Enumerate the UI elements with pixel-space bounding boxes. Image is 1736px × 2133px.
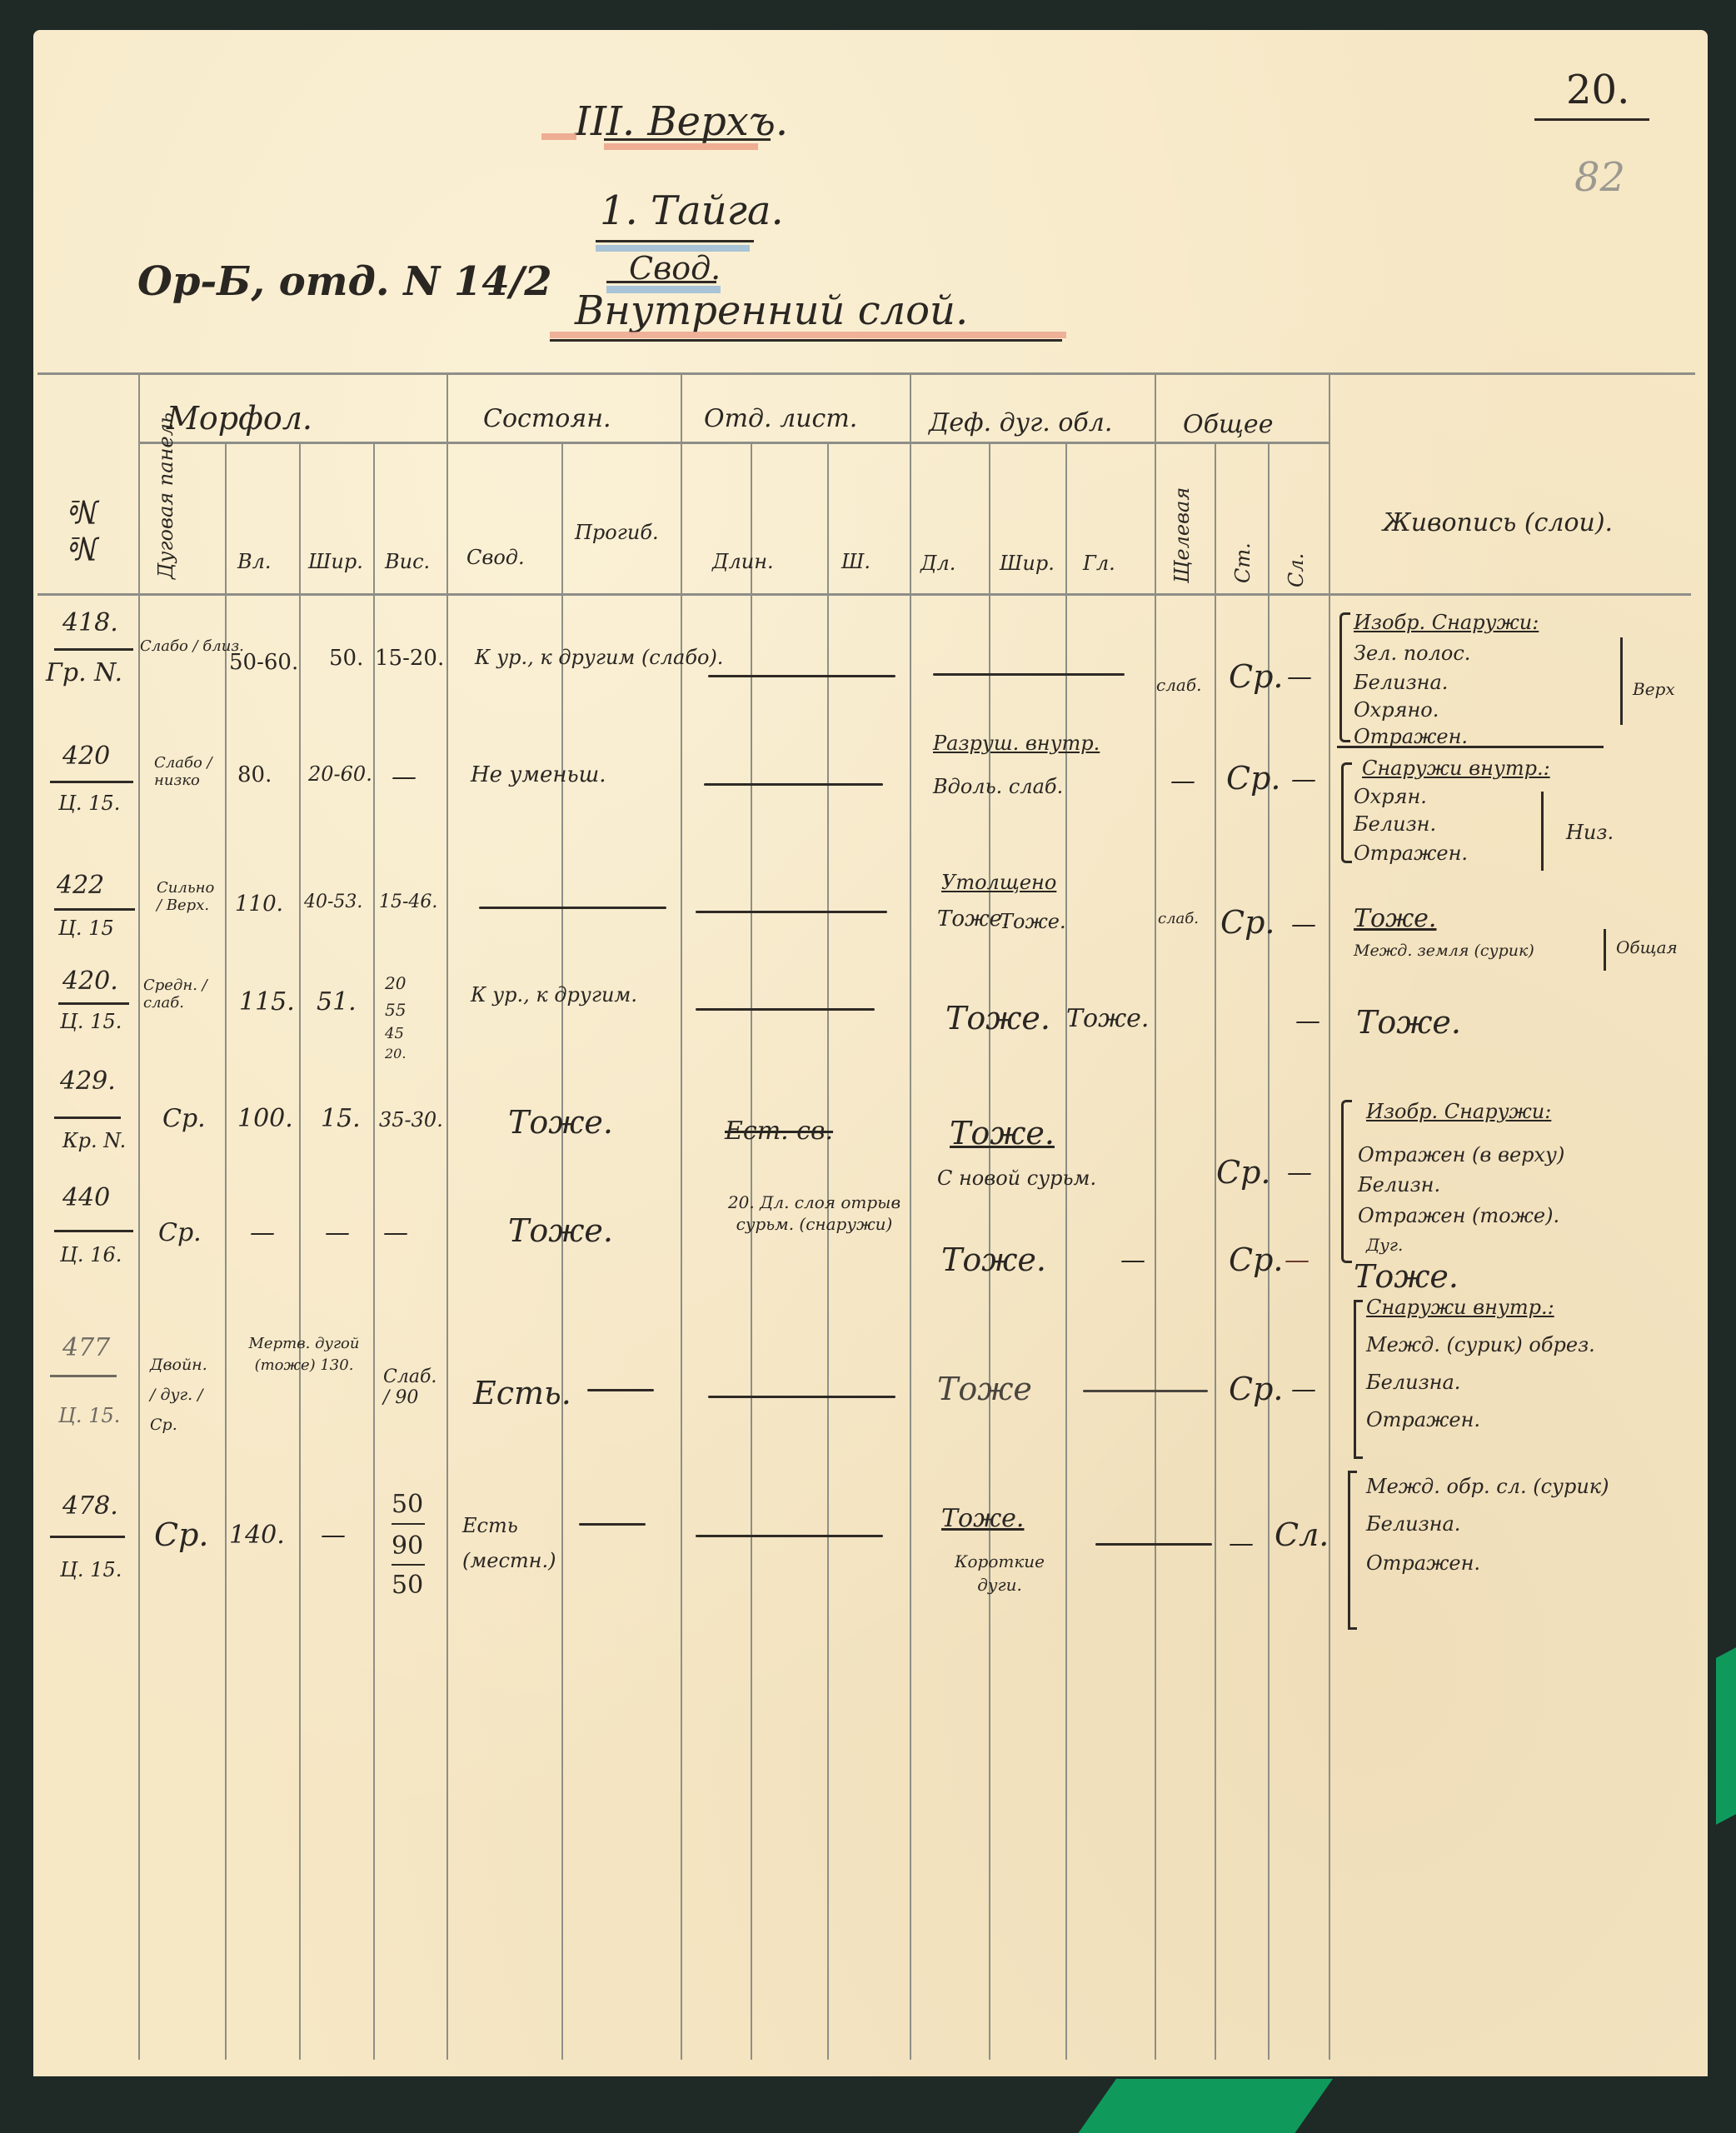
row-478-note-1: Белизна. [1366,1512,1460,1536]
row-478-d1: 90 [392,1531,423,1561]
row-420-det-dash [704,783,883,786]
row-429-st: Ср. [1216,1154,1270,1191]
col-line-10 [910,372,911,2060]
row-420b-loc: Ц. 15. [60,1010,122,1033]
row-440-defo2: — [1120,1246,1145,1275]
row-422-det-dash [696,911,887,913]
row-478-d0: 50 [392,1490,423,1519]
row-420-note-0: Снаружи внутр.: [1362,757,1550,780]
row-429-loc: Кр. N. [62,1129,126,1152]
row-477-det-dash [708,1396,895,1398]
row-440-sl: — [1285,1246,1309,1275]
row-440-cat: Ср. [158,1218,202,1247]
row-420-vert: — [1170,767,1195,796]
row-477-note-3: Отражен. [1366,1408,1480,1431]
row-429-note-4: Дуг. [1366,1235,1403,1255]
layer-title: Внутренний слой. [575,287,968,334]
row-420-note-2: Белизн. [1354,812,1436,836]
row-478-d-line2 [392,1564,425,1566]
row-420b-h: 115. [239,987,295,1017]
row-478-w: — [321,1521,346,1550]
subsection-title: 1. Тайга. [600,187,784,234]
row-420-defo-top: Разруш. внутр. [933,732,1100,755]
subheader-sl: Сл. [1285,537,1308,587]
subheader-category: Дуговая панель [154,454,177,579]
row-478-note-0: Межд. обр. сл. (сурик) [1366,1475,1609,1498]
row-477-defo: Тоже [937,1371,1032,1407]
section-underline-ink [604,138,771,141]
row-429-cat: Ср. [162,1104,206,1133]
row-429-cond: Тоже. [508,1104,613,1141]
row-420b-det-dash [696,1008,875,1011]
row-418-vert: слаб. [1156,675,1201,695]
row-422-d: 15-46. [379,892,437,912]
row-440-h: — [250,1218,275,1247]
background-green-stripe [1716,1631,1736,1825]
row-440-num: 440 [62,1183,110,1212]
row-440-num-line [54,1230,133,1232]
section-underline-red [604,143,758,150]
row-478-note-2: Отражен. [1366,1551,1480,1575]
row-420-loc: Ц. 15. [58,792,120,815]
row-429-num-line [54,1116,121,1119]
row-429-det: Ест. св. [725,1116,833,1146]
row-418-note-1: Зел. полос. [1354,642,1470,665]
background-green-stripe-bottom [1075,2079,1333,2133]
row-429-sl: — [1287,1158,1312,1187]
row-420-note-1: Охрян. [1354,785,1427,808]
row-420-note-3: Отражен. [1354,842,1468,865]
row-477-cat: Двойн. / дуг. / Ср. [150,1350,217,1440]
row-422-note-0: Тоже. [1354,904,1436,933]
row-422-num: 422 [57,871,104,900]
row-420-sl: — [1291,765,1316,794]
row-429-h: 100. [237,1104,293,1133]
col-line-3 [299,442,301,2060]
row-418-num-line [54,648,133,651]
col-line-13 [1155,372,1156,2060]
subheader-def-w: Шир. [1000,552,1055,575]
col-line-6 [561,442,563,2060]
row-420-cat: Слабо / низко [154,754,221,789]
row-422-h: 110. [235,892,283,917]
row-429-defo: Тоже. [950,1115,1055,1151]
row-420-side-note: Низ. [1566,821,1614,844]
row-422-defo-top: Утолщено [941,871,1056,894]
row-420b-cat: Средн. / слаб. [143,977,218,1012]
row-420b-w: 51. [317,987,357,1017]
row-418-sl: — [1287,662,1312,692]
subheader-w: Ш. [841,550,870,573]
row-420b-d1: 55 [385,1000,406,1020]
row-418-note-3: Охряно. [1354,698,1439,722]
row-429-defo-sub: С новой сурьм. [937,1166,1096,1190]
subheader-st: Ст. [1231,533,1255,583]
archive-reference: Ор-Б, отд. N 14/2 [137,258,552,305]
subheader-painting: Живопись (слои). [1383,508,1613,537]
row-477-d: Слаб. / 90 [383,1366,446,1408]
table-top-line [37,372,1695,375]
header-divider-line [138,442,1329,444]
row-477-cond-dash [587,1389,654,1391]
row-418-cond: К ур., к другим (слабо). [475,646,723,669]
col-line-12 [1065,442,1067,2060]
row-418-side-note: Верх [1633,679,1675,699]
row-477-note-0: Снаружи внутр.: [1366,1296,1554,1319]
row-440-st: Ср. [1229,1241,1283,1278]
row-478-d-line1 [392,1523,425,1525]
row-478-det-dash [696,1535,883,1537]
row-422-right-brace [1604,929,1606,971]
row-420-num-line [50,781,133,783]
subheader-vertical: Щелевая [1170,475,1194,583]
row-440-note-0: Тоже. [1354,1258,1459,1295]
row-422-st: Ср. [1220,904,1275,941]
row-477-note-2: Белизна. [1366,1371,1460,1394]
header-general: Общее [1183,410,1273,439]
row-477-defo2-dash [1083,1390,1208,1392]
row-418-note-2: Белизна. [1354,671,1448,694]
row-420b-d2: 45 [385,1025,404,1042]
col-line-2 [225,442,227,2060]
row-420-d: — [392,762,417,792]
row-422-sl: — [1291,910,1316,939]
row-477-st: Ср. [1229,1371,1283,1407]
row-478-defo-sub: Короткие дуги. [937,1550,1062,1596]
header-condition: Состоян. [483,404,611,433]
subheader-width: Шир. [308,550,363,573]
row-429-brace [1341,1100,1352,1263]
row-478-num: 478. [62,1491,118,1521]
row-440-defo: Тоже. [941,1241,1046,1278]
row-478-defo2: — [1229,1529,1254,1558]
archive-page-number: 82 [1574,154,1625,201]
row-420b-cond: К ур., к другим. [471,983,637,1007]
row-420b-defo: Тоже. [945,1000,1050,1037]
row-422-vert: слаб. [1158,910,1199,927]
row-420-defo: Вдоль. слаб. [933,775,1063,798]
row-418-defo-dash [933,673,1125,676]
row-478-cat: Ср. [154,1516,208,1553]
col-line-4 [373,442,375,2060]
subheader-sagging: Прогиб. [575,521,659,544]
row-440-loc: Ц. 16. [60,1243,122,1266]
row-478-h: 140. [229,1521,285,1550]
row-420b-num: 420. [62,967,118,996]
subheader-def-d: Дл. [920,552,955,575]
row-418-note-4: Отражен. [1354,725,1468,748]
row-418-right-brace [1620,637,1623,725]
row-418-num: 418. [62,608,118,637]
row-478-brace [1348,1471,1357,1630]
row-440-det: 20. Дл. слоя отрыв сурьм. (снаружи) [725,1191,904,1235]
row-420-right-brace [1541,792,1544,871]
row-477-cond: Есть. [473,1375,571,1411]
row-440-w: — [325,1218,350,1247]
page-number: 20. [1566,67,1629,113]
row-422-defo2: Тоже. [1000,910,1066,933]
subheader-surface: Свод. [466,546,525,569]
header-number: №№ [65,450,102,567]
row-418-det-dash [708,675,895,677]
row-422-num-line [54,908,135,911]
row-420-w: 20-60. [308,762,372,786]
row-429-w: 15. [321,1104,361,1133]
row-478-d2: 50 [392,1571,423,1600]
col-line-7 [681,372,682,2060]
row-418-loc: Гр. N. [46,658,122,687]
header-bottom-line [37,593,1691,596]
col-line-9 [827,442,829,2060]
subheader-height: Вл. [237,550,272,573]
subsection-underline-ink [596,240,754,242]
row-429-note-0: Изобр. Снаружи: [1366,1100,1551,1123]
row-422-side-note: Общая [1616,937,1678,957]
col-line-1 [138,372,140,2060]
col-line-5 [446,372,448,2060]
row-478-defo2-dash [1095,1543,1212,1546]
row-420b-st: — [1295,1007,1320,1036]
row-478-st: Сл. [1275,1516,1329,1553]
roman-underline-red [541,133,576,140]
row-478-num-line [50,1536,125,1538]
row-477-brace [1354,1300,1363,1459]
row-420-cond: Не уменьш. [471,762,606,787]
row-422-defo: Тоже. [937,907,1009,932]
row-422-loc: Ц. 15 [58,917,114,940]
layer-underline-red [550,332,1066,338]
layer-underline-ink [550,339,1062,342]
header-morphology: Морфол. [167,400,312,437]
row-422-note-1: Межд. земля (сурик) [1354,942,1534,960]
header-detachment: Отд. лист. [704,404,857,433]
row-429-note-2: Белизн. [1358,1173,1440,1196]
subheader-length: Длин. [712,550,774,573]
col-line-8 [751,442,752,2060]
row-478-cond: Есть (местн.) [462,1508,546,1578]
row-429-note-3: Отражен (тоже). [1358,1204,1559,1227]
row-418-note-0: Изобр. Снаружи: [1354,611,1539,634]
row-418-st: Ср. [1229,658,1283,695]
row-478-loc: Ц. 15. [60,1558,122,1581]
row-477-loc: Ц. 15. [58,1404,120,1427]
row-420b-defo2: Тоже. [1066,1004,1149,1033]
row-420b-d0: 20 [385,973,406,993]
row-478-defo: Тоже. [941,1504,1024,1533]
row-429-note-1: Отражен (в верху) [1358,1143,1564,1166]
subheader-depth: Вис. [385,550,430,573]
row-418-brace [1339,612,1350,742]
subheader-def-g: Гл. [1083,552,1115,575]
row-418-d: 15-20. [375,646,444,671]
row-420-h: 80. [237,762,272,787]
page-number-underline [1534,118,1649,121]
col-line-16 [1329,372,1330,2060]
row-477-note-1: Межд. (сурик) обрез. [1366,1333,1595,1356]
row-420b-d3: 20. [385,1046,406,1062]
row-420b-num-line [58,1002,129,1005]
row-420-separator [1337,746,1604,748]
row-477-h: Мертв. дугой (тоже) 130. [246,1333,362,1376]
row-477-sl: — [1291,1375,1316,1404]
row-420b-note-0: Тоже. [1356,1004,1461,1041]
row-422-w: 40-53. [304,892,362,912]
header-deformation: Деф. дуг. обл. [929,408,1112,437]
row-477-num: 477 [62,1333,110,1362]
row-429-num: 429. [60,1066,116,1096]
row-478-cond-dash [579,1523,646,1526]
row-420-num: 420 [62,742,110,771]
row-429-d: 35-30. [379,1108,443,1131]
row-418-w: 50. [329,646,363,671]
row-440-d: — [383,1218,408,1247]
row-422-cat: Сильно / Верх. [157,879,223,914]
row-440-cond: Тоже. [508,1212,613,1249]
row-418-h: 50-60. [229,650,298,675]
col-line-14 [1215,442,1216,2060]
row-422-cond-dash [479,907,666,909]
subsubsection-underline-ink [606,281,716,283]
row-477-num-line [50,1375,117,1377]
row-420-brace [1341,762,1352,863]
row-420-st: Ср. [1226,760,1280,797]
